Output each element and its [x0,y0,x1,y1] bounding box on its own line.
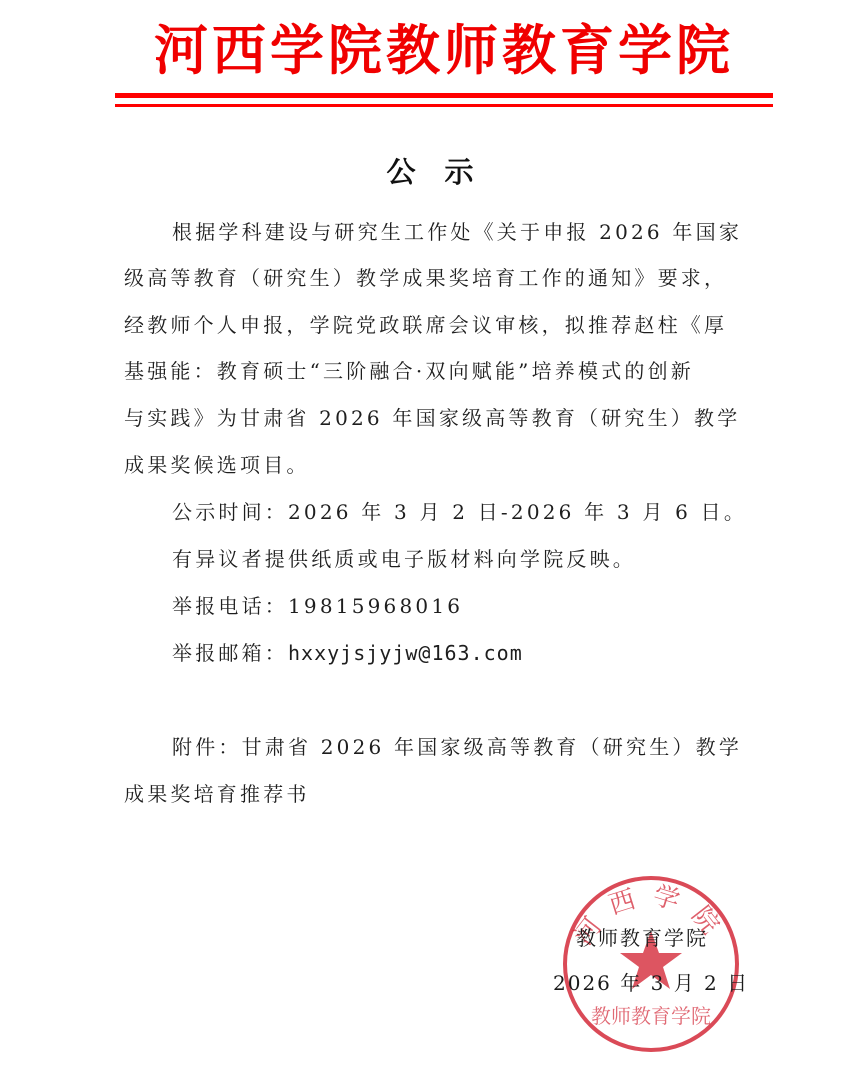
body-line: 根据学科建设与研究生工作处《关于申报 2026 年国家 [172,218,742,246]
body-line: 与实践》为甘肃省 2026 年国家级高等教育（研究生）教学 [124,404,740,432]
signature-issuer: 教师教育学院 [576,924,708,952]
body-line: 级高等教育（研究生）教学成果奖培育工作的通知》要求， [124,264,727,292]
report-email-row: 举报邮箱：hxxyjsjyjw@163.com [172,639,523,667]
objection-note: 有异议者提供纸质或电子版材料向学院反映。 [172,545,636,573]
attachment-line: 成果奖培育推荐书 [124,780,310,808]
body-line: 成果奖候选项目。 [124,451,310,479]
report-phone-value: 19815968016 [288,594,463,618]
masthead-rule-thin [115,104,773,107]
masthead-rule-thick [115,93,773,98]
report-email-value: hxxyjsjyjw@163.com [288,641,523,665]
seal-center-text: 教师教育学院 [591,1004,711,1028]
report-phone-label: 举报电话： [172,594,288,618]
signature-date: 2026 年 3 月 2 日 [553,969,749,997]
document-title: 公 示 [0,152,860,192]
masthead-org-name: 河西学院教师教育学院 [115,18,773,82]
notice-period: 公示时间：2026 年 3 月 2 日-2026 年 3 月 6 日。 [172,498,747,526]
attachment-line: 附件：甘肃省 2026 年国家级高等教育（研究生）教学 [172,733,742,761]
official-seal: 河西学院 教师教育学院 [560,873,742,1055]
report-phone-row: 举报电话：19815968016 [172,592,463,620]
body-line: 基强能：教育硕士“三阶融合·双向赋能”培养模式的创新 [124,357,694,385]
body-line: 经教师个人申报，学院党政联席会议审核，拟推荐赵柱《厚 [124,311,727,339]
report-email-label: 举报邮箱： [172,641,288,665]
